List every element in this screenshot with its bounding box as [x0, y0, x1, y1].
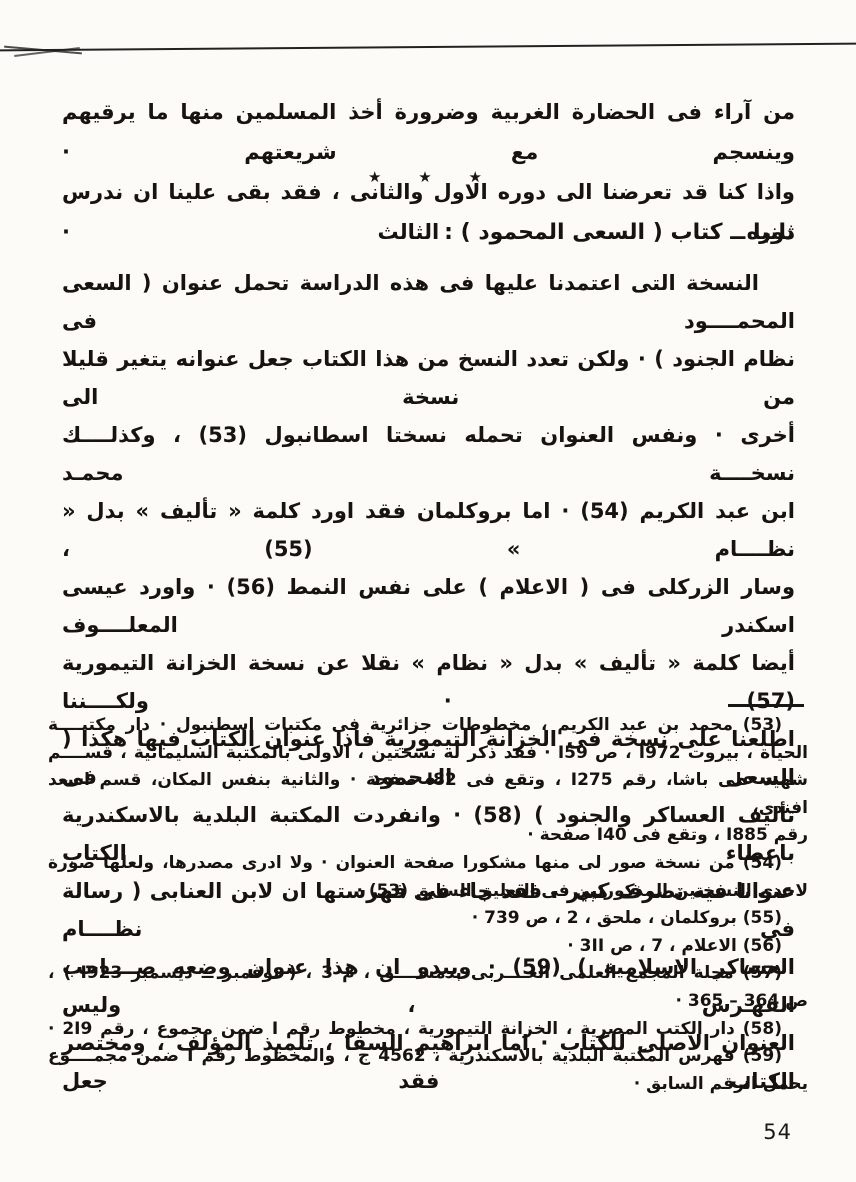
footnote-line: (58) دار الكتب المصرية ، الخزانة التيمور…	[48, 1016, 808, 1044]
footnote-line: (55) بروكلمان ، ملحق ، 2 ، ص 739 ·	[48, 905, 808, 933]
footnote-line: شهيد على باشا، رقم I275 ، وتقع فى I82 صف…	[48, 767, 808, 822]
footnote-line: لاحدى النسختين المذكورتين فى التعليق الس…	[48, 878, 808, 906]
body-line: نظام الجنود ) · ولكن تعدد النسخ من هذا ا…	[62, 340, 795, 416]
page-number: 54	[763, 1120, 792, 1144]
footnote-line: (59) فهرس المكتبة البلدية بالاسكندرية ، …	[48, 1043, 808, 1071]
footnote-line: يحمل الرقم السابق ·	[48, 1071, 808, 1099]
footnotes-section: (53) محمد بن عبد الكريم ، مخطوطات جزائري…	[48, 712, 808, 1098]
footnote-line: (57) مجلة المجمع العلمى العــــربى بدمشـ…	[48, 960, 808, 988]
footnote-line: رقم I885 ، وتقع فى I40 صفحة ·	[48, 822, 808, 850]
footnote-line: (56) الاعلام ، 7 ، ص 3II ·	[48, 933, 808, 961]
footnote-line: (53) محمد بن عبد الكريم ، مخطوطات جزائري…	[48, 712, 808, 740]
body-line: أخرى · ونفس العنوان تحمله نسختا اسطانبول…	[62, 416, 795, 492]
intro-line: من آراء فى الحضارة الغربية وضرورة أخذ ال…	[62, 92, 795, 172]
body-line: أيضا كلمة « تأليف » بدل « نظام » نقلا عن…	[62, 644, 795, 720]
footnote-line: الحياة ، بيروت I972 ، ص I59 · فقد ذكر له…	[48, 740, 808, 768]
body-line: النسخة التى اعتمدنا عليها فى هذه الدراسة…	[62, 264, 795, 340]
footnote-line: ص 364 – 365 ·	[48, 988, 808, 1016]
body-line: ابن عبد الكريم (54) · اما بروكلمان فقد ا…	[62, 492, 795, 568]
document-page: من آراء فى الحضارة الغربية وضرورة أخذ ال…	[0, 0, 856, 1182]
footnote-line: (54) من نسخة صور لى منها مشكورا صفحة الع…	[48, 850, 808, 878]
section-divider-stars: ★ ★ ★	[0, 168, 856, 186]
scan-artifact-line	[0, 43, 856, 52]
body-line: وسار الزركلى فى ( الاعلام ) على نفس النم…	[62, 568, 795, 644]
footnote-separator	[728, 704, 804, 707]
section-heading: ثانيا ــ كتاب ( السعى المحمود ) :	[62, 220, 795, 245]
